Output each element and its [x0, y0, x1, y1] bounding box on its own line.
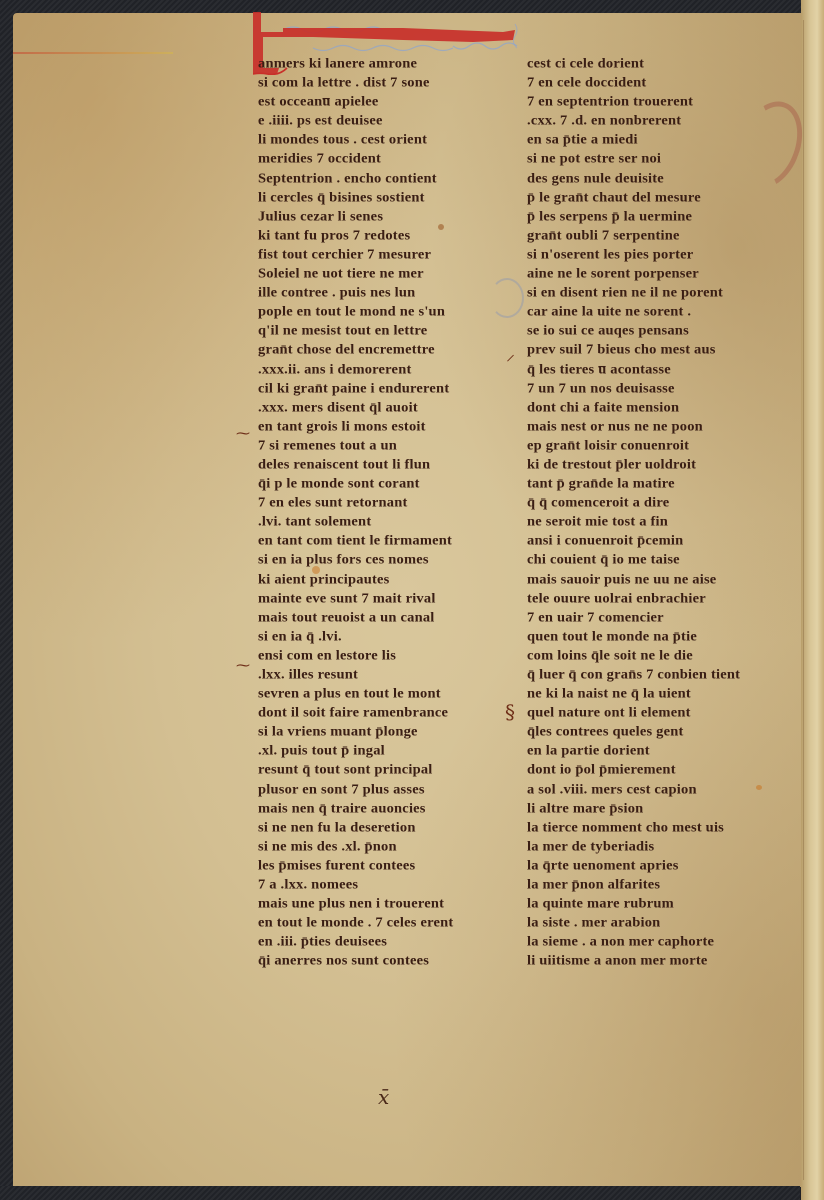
verse-line: ki de trestout p̄ler uoldroit [527, 457, 787, 475]
verse-line: la mer p̄non alfarites [527, 877, 787, 895]
verse-line: ansi i conuenroit p̄cemin [527, 533, 787, 551]
verse-line: p̄ le gran̄t chaut del mesure [527, 189, 787, 207]
verse-line: quen tout le monde na p̄tie [527, 629, 787, 647]
verse-line: la mer de tyberiadis [527, 839, 787, 857]
verse-line: 7 en uair 7 comencier [527, 609, 787, 627]
verse-line: p̄ les serpens p̄ la uermine [527, 209, 787, 227]
verse-line: gran̄t oubli 7 serpentine [527, 228, 787, 246]
verse-line: mais sauoir puis ne uu ne aise [527, 571, 787, 589]
verse-line: en la partie dorient [527, 743, 787, 761]
verse-line: fist tout cerchier 7 mesurer [258, 247, 508, 265]
stain-spot [312, 566, 320, 574]
verse-line: mais nest or nus ne ne poon [527, 419, 787, 437]
verse-line: 7 un 7 un nos deuisasse [527, 380, 787, 398]
verse-line: gran̄t chose del encremettre [258, 342, 508, 360]
verse-line: mais nen q̄ traire auoncies [258, 800, 508, 818]
verse-line: li mondes tous . cest orient [258, 132, 508, 150]
verse-line: .xxx. mers disent q̄l auoit [258, 399, 508, 417]
verse-line: car aine la uite ne sorent . [527, 304, 787, 322]
verse-line: si ne mis des .xl. p̄non [258, 839, 508, 857]
paragraph-flourish-mark: ⸝ [506, 342, 515, 366]
verse-line: li cercles q̄ bisines sostient [258, 189, 508, 207]
verse-line: anmers ki lanere amrone [258, 56, 508, 74]
verse-line: q̄i anerres nos sunt contees [258, 953, 508, 971]
verse-line: 7 en septentrion trouerent [527, 94, 787, 112]
verse-line: plusor en sont 7 plus asses [258, 781, 508, 799]
verse-line: la siste . mer arabion [527, 915, 787, 933]
verse-line: ille contree . puis nes lun [258, 285, 508, 303]
stain-spot [756, 785, 762, 790]
verse-line: li altre mare p̄sion [527, 800, 787, 818]
verse-line: com loins q̄le soit ne le die [527, 648, 787, 666]
text-column-right: cest ci cele dorient7 en cele doccident7… [527, 55, 787, 972]
verse-line: ensi com en lestore lis [258, 648, 508, 666]
verse-line: la q̄rte uenoment apries [527, 858, 787, 876]
verse-line: se io sui ce auqes pensans [527, 323, 787, 341]
verse-line: meridies 7 occident [258, 151, 508, 169]
verse-line: resunt q̄ tout sont principal [258, 762, 508, 780]
verse-line: cest ci cele dorient [527, 56, 787, 74]
verse-line: chi couient q̄ io me taise [527, 552, 787, 570]
verse-line: mais une plus nen i trouerent [258, 896, 508, 914]
verse-line: .xl. puis tout p̄ ingal [258, 743, 508, 761]
verse-line: si en ia plus fors ces nomes [258, 552, 508, 570]
verse-line: la quinte mare rubrum [527, 896, 787, 914]
binding-spine [801, 0, 824, 1200]
verse-line: ki aient principautes [258, 571, 508, 589]
verse-line: dont chi a faite mension [527, 399, 787, 417]
verse-line: .xxx.ii. ans i demorerent [258, 361, 508, 379]
verse-line: si la vriens muant p̄longe [258, 724, 508, 742]
verse-line: si n'oserent les pies porter [527, 247, 787, 265]
text-column-left: anmers ki lanere amronesi com la lettre … [258, 55, 508, 972]
verse-line: en .iii. p̄ties deuisees [258, 934, 508, 952]
verse-line: si ne pot estre ser noi [527, 151, 787, 169]
verse-line: Septentrion . encho contient [258, 170, 508, 188]
verse-line: prev suil 7 bieus cho mest aus [527, 342, 787, 360]
verse-line: dont io p̄ol p̄mierement [527, 762, 787, 780]
verse-line: .cxx. 7 .d. en nonbrerent [527, 113, 787, 131]
verse-line: si ne nen fu la deseretion [258, 820, 508, 838]
scan-background-bottom [0, 1186, 800, 1200]
verse-line: 7 en eles sunt retornant [258, 495, 508, 513]
verse-line: si en disent rien ne il ne porent [527, 285, 787, 303]
verse-line: si com la lettre . dist 7 sone [258, 75, 508, 93]
ink-spot [438, 224, 444, 230]
verse-line: mainte eve sunt 7 mait rival [258, 590, 508, 608]
verse-line: la tierce nomment cho mest uis [527, 820, 787, 838]
verse-line: .lvi. tant solement [258, 514, 508, 532]
verse-line: tant p̄ gran̄de la matire [527, 476, 787, 494]
verse-line: en tant grois li mons estoit [258, 419, 508, 437]
verse-line: 7 a .lxx. nomees [258, 877, 508, 895]
verse-line: les p̄mises furent contees [258, 858, 508, 876]
verse-line: ep gran̄t loisir conuenroit [527, 438, 787, 456]
verse-line: mais tout reuoist a un canal [258, 609, 508, 627]
verse-line: q̄les contrees queles gent [527, 724, 787, 742]
verse-line: Julius cezar li senes [258, 209, 508, 227]
paragraph-sign-mark: § [505, 700, 515, 724]
verse-line: la sieme . a non mer caphorte [527, 934, 787, 952]
verse-line: pople en tout le mond ne s'un [258, 304, 508, 322]
verse-line: dont il soit faire ramenbrance [258, 705, 508, 723]
verse-line: en tant com tient le firmament [258, 533, 508, 551]
verse-line: q'il ne mesist tout en lettre [258, 323, 508, 341]
verse-line: 7 si remenes tout a un [258, 438, 508, 456]
verse-line: q̄ q̄ comenceroit a dire [527, 495, 787, 513]
verse-line: 7 en cele doccident [527, 75, 787, 93]
verse-line: quel nature ont li element [527, 705, 787, 723]
paragraph-flourish-mark: ⁓ [236, 658, 250, 674]
verse-line: est occeanu̅ apielee [258, 94, 508, 112]
quire-signature: x̄ [378, 1085, 389, 1109]
verse-line: si en ia q̄ .lvi. [258, 629, 508, 647]
verse-line: deles renaiscent tout li flun [258, 457, 508, 475]
verse-line: a sol .viii. mers cest capion [527, 781, 787, 799]
spine-crease [803, 20, 804, 1180]
verse-line: cil ki gran̄t paine i endurerent [258, 380, 508, 398]
verse-line: q̄ luer q̄ con gran̄s 7 conbien tient [527, 667, 787, 685]
verse-line: .lxx. illes resunt [258, 667, 508, 685]
verse-line: q̄ les tieres u̅ acontasse [527, 361, 787, 379]
verse-line: sevren a plus en tout le mont [258, 686, 508, 704]
verse-line: Soleiel ne uot tiere ne mer [258, 266, 508, 284]
verse-line: en tout le monde . 7 celes erent [258, 915, 508, 933]
verse-line: ne ki la naist ne q̄ la uient [527, 686, 787, 704]
verse-line: ne seroit mie tost a fin [527, 514, 787, 532]
verse-line: en sa p̄tie a miedi [527, 132, 787, 150]
verse-line: des gens nule deuisite [527, 170, 787, 188]
scan-background-left [0, 0, 13, 1200]
verse-line: ki tant fu pros 7 redotes [258, 228, 508, 246]
ruling-line [13, 52, 173, 54]
paragraph-flourish-mark: ⁓ [236, 426, 250, 442]
verse-line: tele ouure uolrai enbrachier [527, 590, 787, 608]
verse-line: q̄i p le monde sont corant [258, 476, 508, 494]
verse-line: e .iiii. ps est deuisee [258, 113, 508, 131]
verse-line: aine ne le sorent porpenser [527, 266, 787, 284]
verse-line: li uiitisme a anon mer morte [527, 953, 787, 971]
